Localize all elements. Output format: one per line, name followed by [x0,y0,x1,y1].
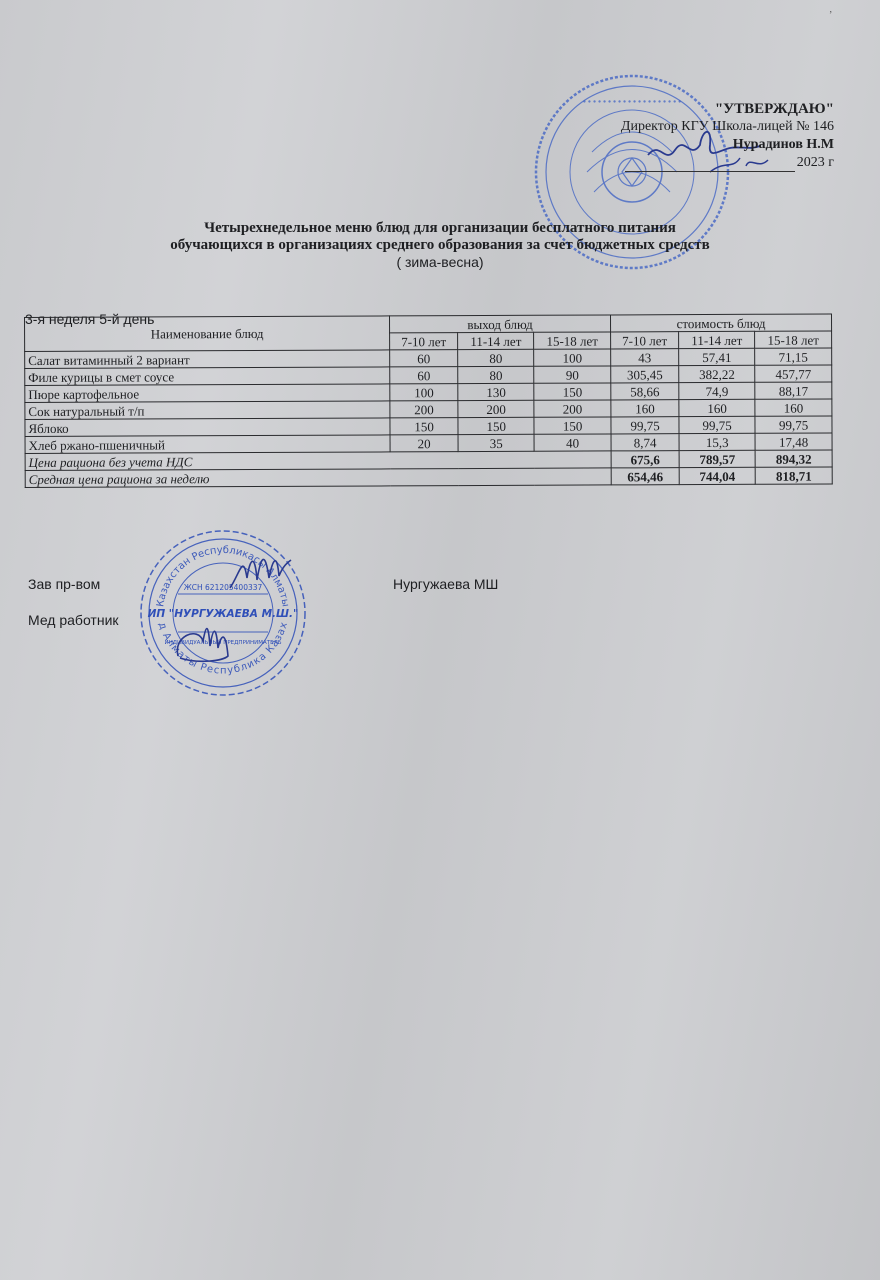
approval-title: "УТВЕРЖДАЮ" [621,100,834,118]
medic-signature-icon [168,616,248,666]
production-head-signature-icon [225,548,295,598]
dish-yield: 90 [534,366,611,383]
dish-yield: 60 [390,350,458,367]
dish-cost: 457,77 [755,365,832,382]
header-age: 11-14 лет [458,332,534,349]
approval-date: 2023 г [621,154,834,172]
dish-cost: 15,3 [679,433,755,450]
dish-cost: 99,75 [611,417,679,434]
paper-mark: , [830,4,833,15]
dish-yield: 200 [458,400,534,417]
dish-name: Салат витаминный 2 вариант [25,350,390,369]
approval-block: "УТВЕРЖДАЮ" Директор КГУ Школа-лицей № 1… [621,100,834,172]
dish-cost: 99,75 [679,416,755,433]
heading-line-1: Четырехнедельное меню блюд для организац… [0,220,880,237]
dish-yield: 200 [390,401,458,418]
approval-name: Нурадинов Н.М [621,136,834,154]
dish-cost: 58,66 [611,383,679,400]
header-cost-group: стоимость блюд [610,314,831,332]
dish-yield: 100 [390,384,458,401]
approval-year: 2023 г [797,155,834,170]
dish-yield: 150 [458,417,534,434]
dish-cost: 305,45 [611,366,679,383]
header-age: 7-10 лет [611,332,679,349]
dish-cost: 43 [611,349,679,366]
dish-cost: 74,9 [679,382,755,399]
dish-cost: 382,22 [679,365,755,382]
total-cost: 744,04 [679,467,755,484]
dish-yield: 150 [534,383,611,400]
dish-name: Пюре картофельное [25,384,390,403]
header-age: 15-18 лет [534,332,611,349]
dish-cost: 88,17 [755,382,832,399]
header-age: 15-18 лет [755,331,832,348]
dish-cost: 160 [679,399,755,416]
total-cost: 894,32 [755,450,832,467]
total-cost: 818,71 [755,467,832,484]
dish-cost: 160 [755,399,832,416]
header-yield-group: выход блюд [389,315,610,333]
medic-label: Мед работник [28,612,119,628]
dish-cost: 99,75 [755,416,832,433]
dish-cost: 8,74 [611,434,679,451]
date-line [625,157,795,172]
dish-name: Хлеб ржано-пшеничный [25,435,390,454]
header-age: 11-14 лет [679,331,755,348]
header-dish-name: Наименование блюд [25,316,390,352]
dish-yield: 80 [458,349,534,366]
dish-name: Филе курицы в смет соусе [25,367,390,386]
total-cost: 789,57 [679,450,755,467]
document-heading: Четырехнедельное меню блюд для организац… [0,220,880,271]
dish-yield: 40 [534,434,611,451]
dish-cost: 17,48 [755,433,832,450]
dish-yield: 100 [534,349,611,366]
menu-table: Наименование блюд выход блюд стоимость б… [24,313,833,488]
production-head-name: Нургужаева МШ [393,576,498,592]
dish-yield: 150 [390,418,458,435]
total-row: Средная цена рациона за неделю654,46744,… [25,467,832,488]
dish-yield: 60 [390,367,458,384]
dish-yield: 130 [458,383,534,400]
total-label: Средная цена рациона за неделю [25,468,611,488]
dish-yield: 200 [534,400,611,417]
dish-yield: 150 [534,417,611,434]
header-age: 7-10 лет [390,333,458,350]
dish-yield: 35 [458,434,534,451]
dish-yield: 20 [390,435,458,452]
approval-position: Директор КГУ Школа-лицей № 146 [621,118,834,136]
production-head-label: Зав пр-вом [28,576,100,592]
dish-yield: 80 [458,366,534,383]
dish-name: Сок натуральный т/п [25,401,390,420]
heading-line-2: обучающихся в организациях среднего обра… [0,237,880,254]
total-cost: 675,6 [611,451,679,468]
dish-cost: 71,15 [755,348,832,365]
dish-name: Яблоко [25,418,390,437]
dish-cost: 160 [611,400,679,417]
dish-cost: 57,41 [679,348,755,365]
heading-season: ( зима-весна) [0,254,880,271]
total-cost: 654,46 [611,468,679,485]
